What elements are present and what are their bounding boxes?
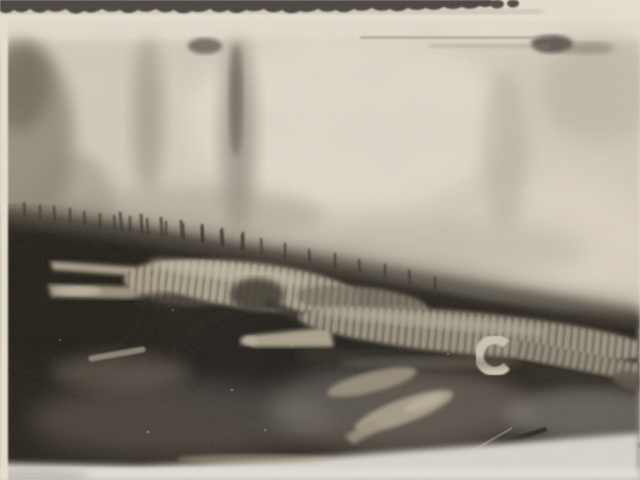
photo-canvas: Vintage monochrome photograph of crocodi… xyxy=(0,0,640,480)
vintage-photograph: Vintage monochrome photograph of crocodi… xyxy=(0,0,640,480)
photo-tone-variation xyxy=(0,0,640,480)
